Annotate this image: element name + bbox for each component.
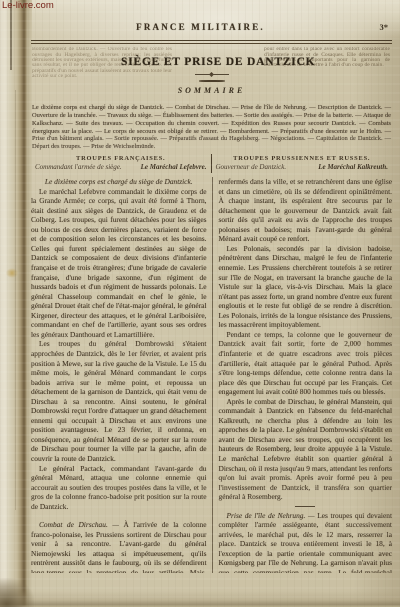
- article-title: SIÈGE ET PRISE DE DANTZICK: [121, 56, 302, 68]
- paragraph: Après le combat de Dirschau, le général …: [219, 397, 393, 502]
- right-column: renfermés dans la ville, et se retranchè…: [212, 177, 393, 573]
- body-columns: Le dixième corps est chargé du siège de …: [31, 177, 392, 573]
- page-number: 3*: [380, 22, 389, 32]
- section-divider-rule: [295, 506, 315, 507]
- paragraph-text: Les troupes qui devaient compléter l'arm…: [219, 511, 393, 573]
- title-zone: Bombardement de Dantzick. — Ouverture du…: [31, 44, 392, 101]
- paragraph-lead: Prise de l'île de Nehrung. —: [227, 511, 318, 520]
- french-troops-title: TROUPES FRANÇAISES.: [35, 155, 207, 162]
- section-lead-italic: Le dixième corps est chargé du siège de …: [31, 177, 207, 187]
- belligerents-french-cell: TROUPES FRANÇAISES. Commandant l'armée d…: [31, 154, 212, 174]
- paragraph: Les Polonais, secondés par la division b…: [219, 244, 393, 330]
- journal-title: FRANCE MILITAIRE.: [31, 22, 370, 32]
- left-column: Le dixième corps est chargé du siège de …: [31, 177, 212, 573]
- paragraph: Pendant ce temps, la colonne que le gouv…: [219, 330, 393, 397]
- bottom-left-stain: [0, 578, 34, 607]
- dash-ornament: [199, 80, 225, 82]
- watermark: Le-livre.com: [2, 0, 54, 11]
- title-block: SIÈGE ET PRISE DE DANTZICK SOMMAIRE: [121, 44, 302, 95]
- prussian-governor-role: Gouverneur de Dantzick.: [216, 163, 287, 171]
- masthead: FRANCE MILITAIRE. 3*: [31, 22, 392, 34]
- prussian-governor-name: Le Maréchal Kalkreuth.: [318, 163, 388, 171]
- paragraph: Combat de Dirschau. — À l'arrivée de la …: [31, 520, 207, 573]
- prussian-troops-title: TROUPES PRUSSIENNES ET RUSSES.: [216, 155, 389, 162]
- page-content: FRANCE MILITAIRE. 3* Bombardement de Dan…: [31, 0, 392, 607]
- book-spine-page-edges: [0, 0, 32, 607]
- paragraph: Le maréchal Lefebvre commandait le dixiè…: [31, 187, 207, 340]
- belligerents-table: TROUPES FRANÇAISES. Commandant l'armée d…: [31, 154, 392, 174]
- sommaire-text: Le dixième corps est chargé du siège de …: [31, 104, 392, 150]
- french-commander-role: Commandant l'armée de siège.: [35, 163, 122, 171]
- paragraph: renfermés dans la ville, et se retranchè…: [219, 177, 393, 244]
- paragraph: Les troupes du général Dombrowski s'étai…: [31, 339, 207, 463]
- page-crease-line: [15, 90, 16, 510]
- paragraph: Prise de l'île de Nehrung. — Les troupes…: [219, 511, 393, 573]
- paragraph: Le général Pactack, commandant l'avant-g…: [31, 464, 207, 512]
- fleuron-ornament: [195, 72, 229, 77]
- paragraph-lead: Combat de Dirschau. —: [39, 520, 123, 529]
- french-commander-name: Le Maréchal Lefebvre.: [141, 163, 207, 171]
- sommaire-heading: SOMMAIRE: [121, 86, 302, 95]
- belligerents-prussian-cell: TROUPES PRUSSIENNES ET RUSSES. Gouverneu…: [212, 154, 393, 174]
